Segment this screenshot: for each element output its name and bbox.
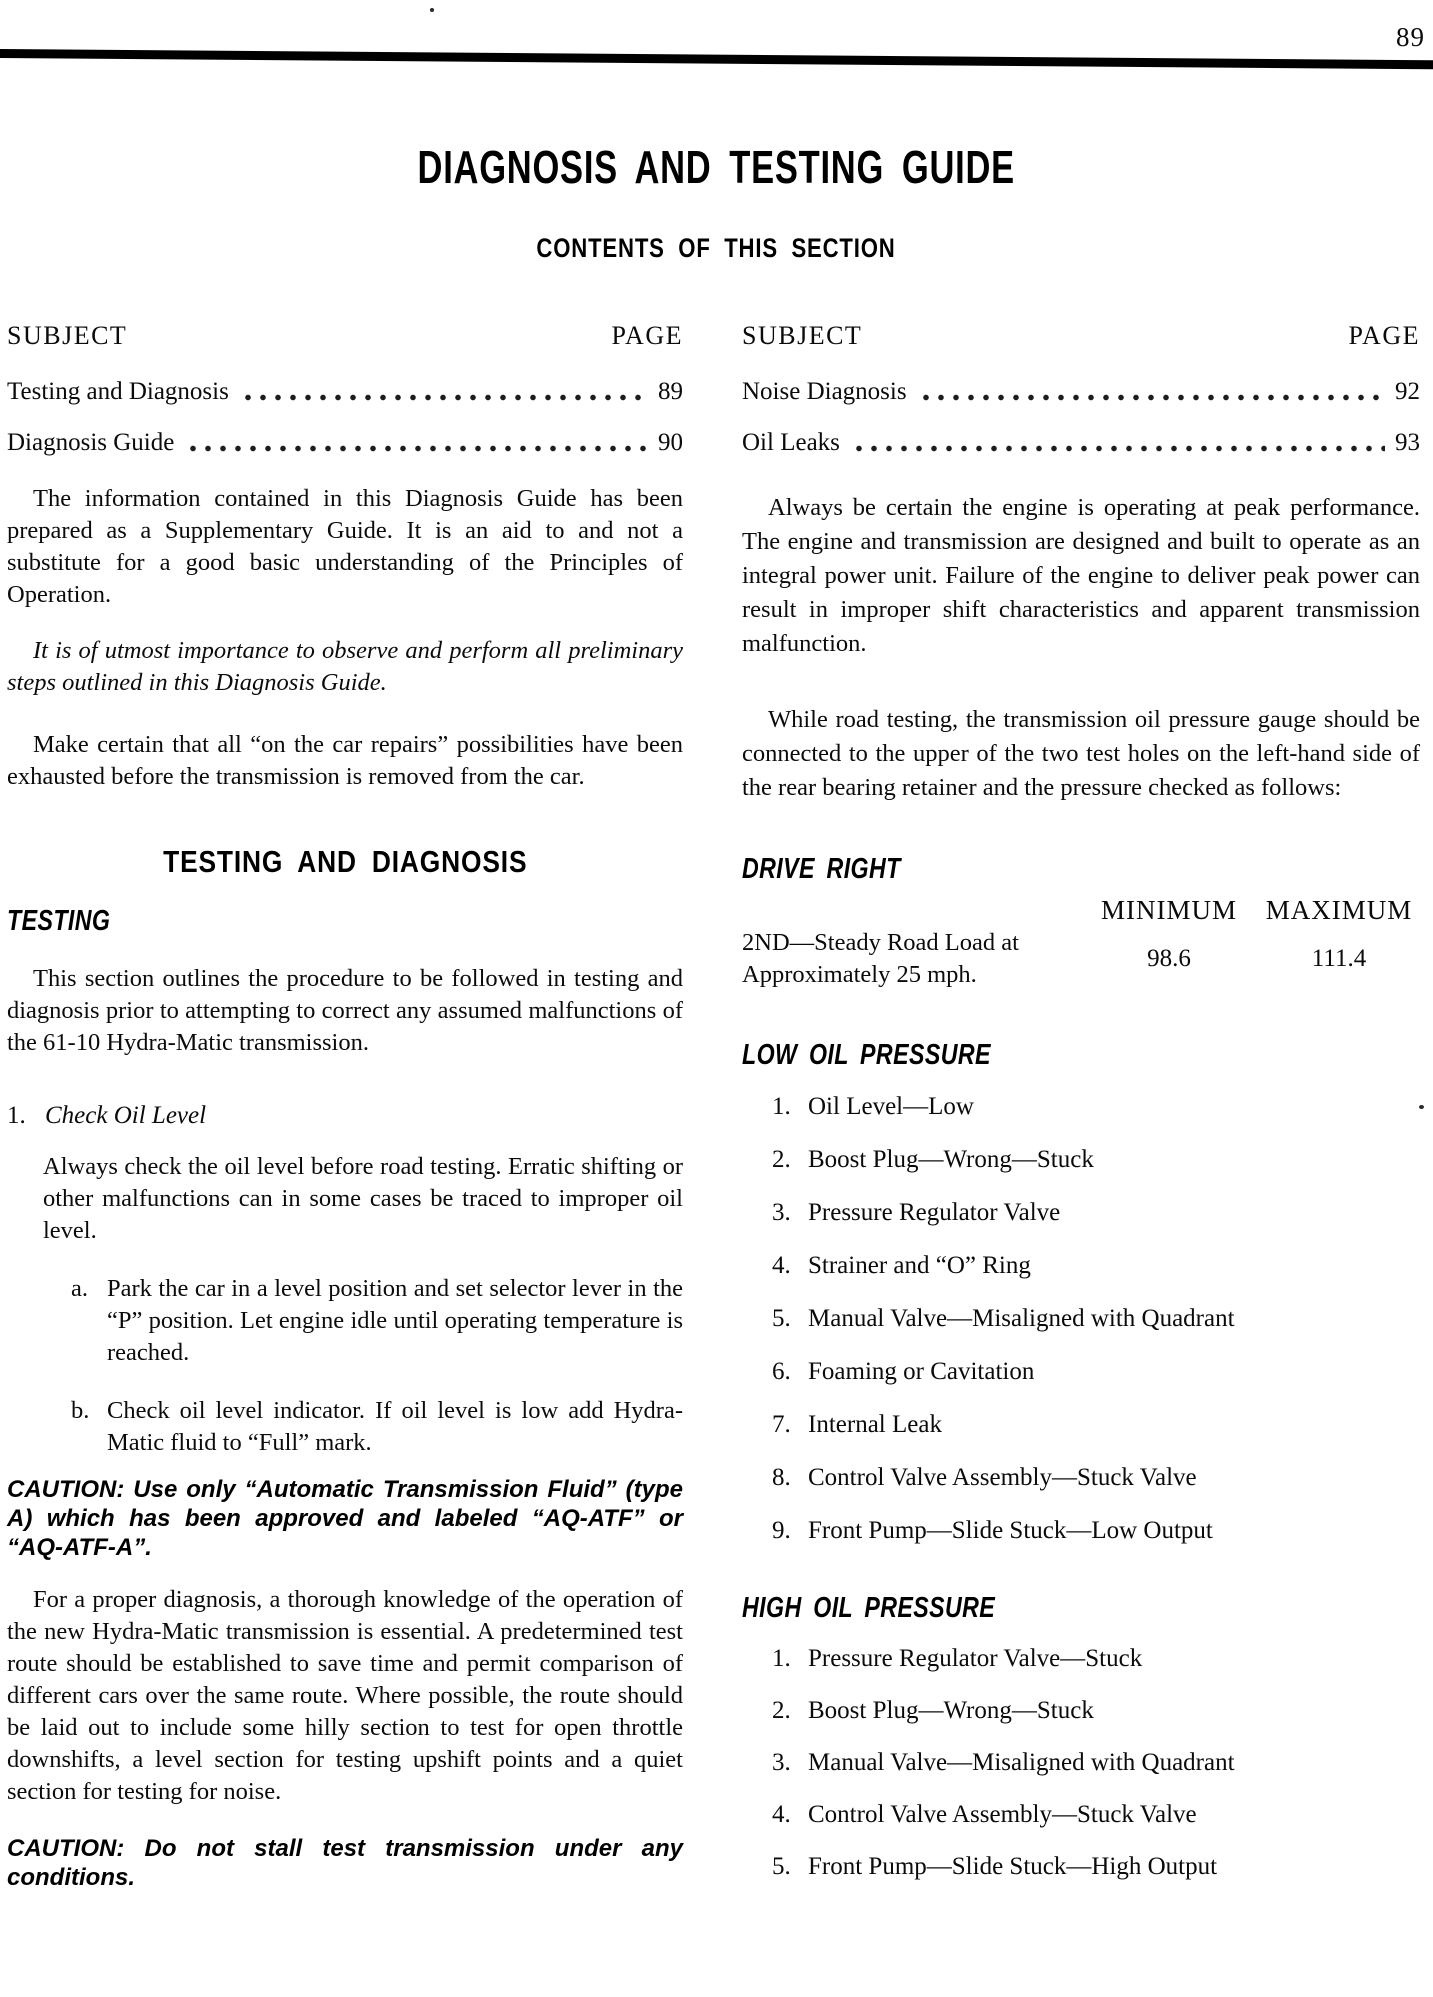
toc-header: SUBJECT PAGE [742, 318, 1420, 354]
maximum-column-header: MAXIMUM [1260, 893, 1418, 927]
pressure-table-spacer [742, 893, 1078, 927]
list-item: 8. Control Valve Assembly—Stuck Valve [772, 1461, 1420, 1495]
list-item-number: 5. [772, 1302, 808, 1336]
information-paragraph: The information contained in this Diagno… [7, 483, 683, 611]
list-item-number: 3. [772, 1746, 808, 1780]
contents-section-heading: CONTENTS OF THIS SECTION [0, 233, 1433, 264]
page-title: DIAGNOSIS AND TESTING GUIDE [0, 140, 1433, 194]
low-oil-pressure-heading-text: LOW OIL PRESSURE [742, 1039, 991, 1071]
list-item: 4. Control Valve Assembly—Stuck Valve [772, 1798, 1420, 1832]
importance-note-paragraph: It is of utmost importance to observe an… [7, 635, 683, 699]
list-item-text: Internal Leak [808, 1408, 1420, 1442]
list-item-text: Oil Level—Low [808, 1090, 1420, 1124]
list-item-text: Front Pump—Slide Stuck—Low Output [808, 1514, 1420, 1548]
list-item-number: 2. [772, 1694, 808, 1728]
step-1-heading: 1. Check Oil Level [7, 1099, 683, 1133]
top-rule-divider [0, 49, 1433, 69]
two-column-layout: SUBJECT PAGE Testing and Diagnosis 89 Di… [7, 312, 1420, 1892]
list-item-text: Manual Valve—Misaligned with Quadrant [808, 1302, 1420, 1336]
list-item-text: Pressure Regulator Valve [808, 1196, 1420, 1230]
pressure-row-label: 2ND—Steady Road Load at Approximately 25… [742, 927, 1078, 991]
high-oil-pressure-heading-text: HIGH OIL PRESSURE [742, 1592, 995, 1624]
toc-row: Testing and Diagnosis 89 [7, 374, 683, 410]
toc-entry-page: 92 [1395, 374, 1420, 410]
engine-peak-paragraph: Always be certain the engine is operatin… [742, 491, 1420, 661]
toc-entry-page: 89 [658, 374, 683, 410]
testing-and-diagnosis-heading-text: TESTING AND DIAGNOSIS [163, 845, 527, 879]
list-item-text: Manual Valve—Misaligned with Quadrant [808, 1746, 1420, 1780]
list-item: 4. Strainer and “O” Ring [772, 1249, 1420, 1283]
step-1-substeps: a. Park the car in a level position and … [7, 1273, 683, 1459]
toc-row: Diagnosis Guide 90 [7, 425, 683, 461]
substep-text: Park the car in a level position and set… [107, 1273, 683, 1369]
list-item-text: Control Valve Assembly—Stuck Valve [808, 1461, 1420, 1495]
list-item-text: Strainer and “O” Ring [808, 1249, 1420, 1283]
toc-subject-label: SUBJECT [742, 318, 862, 354]
toc-dot-leader [923, 394, 1385, 401]
low-oil-pressure-heading: LOW OIL PRESSURE [742, 1039, 1420, 1071]
list-item: 2. Boost Plug—Wrong—Stuck [772, 1694, 1420, 1728]
list-item-text: Boost Plug—Wrong—Stuck [808, 1143, 1420, 1177]
toc-entry-subject: Oil Leaks [742, 425, 840, 461]
toc-page-label: PAGE [611, 318, 683, 354]
list-item: 7. Internal Leak [772, 1408, 1420, 1442]
high-oil-pressure-list: 1. Pressure Regulator Valve—Stuck 2. Boo… [742, 1642, 1420, 1884]
list-item-number: 5. [772, 1850, 808, 1884]
contents-section-heading-text: CONTENTS OF THIS SECTION [537, 233, 896, 264]
substep-text: Check oil level indicator. If oil level … [107, 1395, 683, 1459]
page-number: 89 [1396, 22, 1425, 53]
left-column: SUBJECT PAGE Testing and Diagnosis 89 Di… [7, 312, 683, 1892]
toc-row: Noise Diagnosis 92 [742, 374, 1420, 410]
list-item-number: 2. [772, 1143, 808, 1177]
minimum-column-header: MINIMUM [1078, 893, 1260, 927]
toc-entries: Noise Diagnosis 92 Oil Leaks 93 [742, 374, 1420, 461]
toc-header: SUBJECT PAGE [7, 318, 683, 354]
testing-subheading-text: TESTING [7, 905, 110, 937]
toc-dot-leader [190, 445, 648, 452]
low-oil-pressure-list: 1. Oil Level—Low 2. Boost Plug—Wrong—Stu… [742, 1090, 1420, 1548]
road-testing-paragraph: While road testing, the transmission oil… [742, 703, 1420, 805]
contents-table-left: SUBJECT PAGE Testing and Diagnosis 89 Di… [7, 318, 683, 461]
list-item-number: 6. [772, 1355, 808, 1389]
toc-subject-label: SUBJECT [7, 318, 127, 354]
toc-entries: Testing and Diagnosis 89 Diagnosis Guide… [7, 374, 683, 461]
step-1-title: Check Oil Level [45, 1099, 206, 1133]
contents-table-right: SUBJECT PAGE Noise Diagnosis 92 Oil Leak… [742, 318, 1420, 461]
caution-fluid-note: CAUTION: Use only “Automatic Transmissio… [7, 1475, 683, 1562]
drive-right-heading: DRIVE RIGHT [742, 853, 1420, 885]
proper-diagnosis-paragraph: For a proper diagnosis, a thorough knowl… [7, 1584, 683, 1808]
list-item-number: 4. [772, 1249, 808, 1283]
list-item-text: Foaming or Cavitation [808, 1355, 1420, 1389]
list-item-number: 4. [772, 1798, 808, 1832]
list-item: 6. Foaming or Cavitation [772, 1355, 1420, 1389]
list-item-text: Control Valve Assembly—Stuck Valve [808, 1798, 1420, 1832]
list-item-number: 1. [772, 1642, 808, 1676]
maximum-value: 111.4 [1260, 945, 1418, 973]
list-item: 1. Pressure Regulator Valve—Stuck [772, 1642, 1420, 1676]
step-1-intro-paragraph: Always check the oil level before road t… [43, 1151, 683, 1247]
toc-entry-page: 93 [1395, 425, 1420, 461]
make-certain-paragraph: Make certain that all “on the car repair… [7, 729, 683, 793]
list-item-number: 9. [772, 1514, 808, 1548]
list-item: 1. Oil Level—Low [772, 1090, 1420, 1124]
list-item: 3. Manual Valve—Misaligned with Quadrant [772, 1746, 1420, 1780]
list-item-text: Boost Plug—Wrong—Stuck [808, 1694, 1420, 1728]
toc-row: Oil Leaks 93 [742, 425, 1420, 461]
drive-right-heading-text: DRIVE RIGHT [742, 853, 901, 885]
list-item-text: Front Pump—Slide Stuck—High Output [808, 1850, 1420, 1884]
toc-entry-page: 90 [658, 425, 683, 461]
list-item-number: 7. [772, 1408, 808, 1442]
list-item-number: 3. [772, 1196, 808, 1230]
toc-page-label: PAGE [1348, 318, 1420, 354]
toc-dot-leader [245, 394, 648, 401]
list-item: 5. Front Pump—Slide Stuck—High Output [772, 1850, 1420, 1884]
page-title-text: DIAGNOSIS AND TESTING GUIDE [418, 140, 1015, 194]
caution-stall-note: CAUTION: Do not stall test transmission … [7, 1834, 683, 1892]
substep-row: b. Check oil level indicator. If oil lev… [71, 1395, 683, 1459]
toc-entry-subject: Noise Diagnosis [742, 374, 907, 410]
substep-label: b. [71, 1395, 107, 1459]
toc-dot-leader [856, 445, 1385, 452]
list-item-number: 8. [772, 1461, 808, 1495]
manual-page: 89 DIAGNOSIS AND TESTING GUIDE CONTENTS … [0, 0, 1433, 1997]
right-column: SUBJECT PAGE Noise Diagnosis 92 Oil Leak… [742, 312, 1420, 1892]
list-item-number: 1. [772, 1090, 808, 1124]
list-item: 3. Pressure Regulator Valve [772, 1196, 1420, 1230]
toc-entry-subject: Testing and Diagnosis [7, 374, 229, 410]
list-item-text: Pressure Regulator Valve—Stuck [808, 1642, 1420, 1676]
substep-row: a. Park the car in a level position and … [71, 1273, 683, 1369]
testing-and-diagnosis-heading: TESTING AND DIAGNOSIS [7, 845, 683, 879]
minimum-value: 98.6 [1078, 945, 1260, 973]
substep-label: a. [71, 1273, 107, 1369]
step-1-number: 1. [7, 1099, 45, 1133]
scan-speck [430, 8, 434, 12]
list-item: 9. Front Pump—Slide Stuck—Low Output [772, 1514, 1420, 1548]
high-oil-pressure-heading: HIGH OIL PRESSURE [742, 1592, 1420, 1624]
testing-subheading: TESTING [7, 905, 683, 937]
list-item: 5. Manual Valve—Misaligned with Quadrant [772, 1302, 1420, 1336]
toc-entry-subject: Diagnosis Guide [7, 425, 174, 461]
this-section-paragraph: This section outlines the procedure to b… [7, 963, 683, 1059]
list-item: 2. Boost Plug—Wrong—Stuck [772, 1143, 1420, 1177]
pressure-table: MINIMUM MAXIMUM 2ND—Steady Road Load at … [742, 893, 1420, 991]
